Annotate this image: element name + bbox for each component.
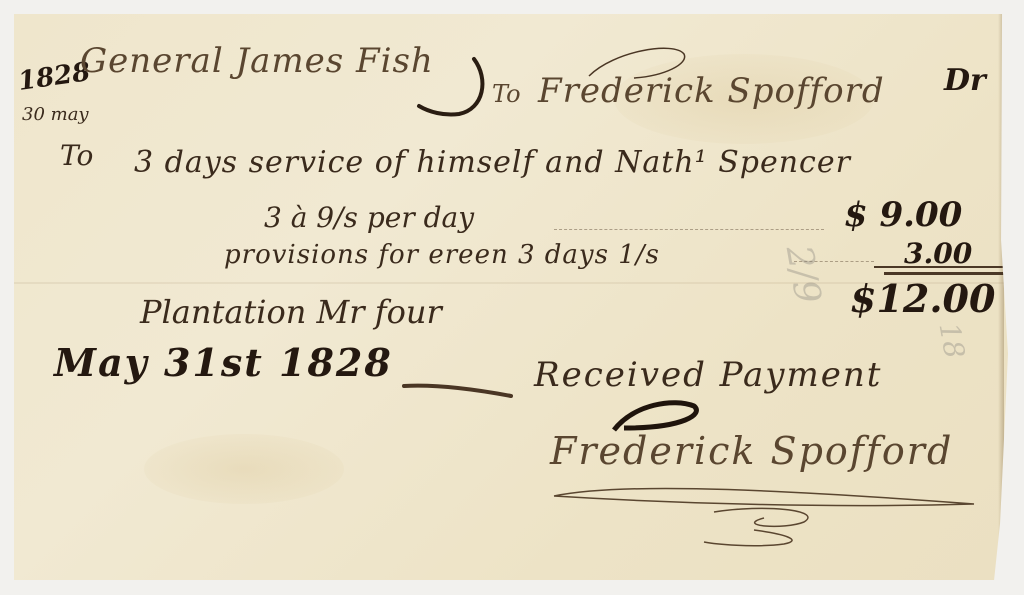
dated-line: May 31st 1828	[54, 344, 393, 382]
line-item-2-description: provisions for ereen 3 days 1/s	[224, 242, 660, 268]
line-item-1-prefix: To	[60, 142, 93, 170]
paper-edge	[998, 14, 1004, 580]
line-item-1-description: 3 days service of himself and Nath¹ Spen…	[134, 148, 851, 178]
sum-rule	[874, 266, 1004, 268]
debtor-name: General James Fish	[80, 44, 434, 78]
received-payment-note: Received Payment	[534, 358, 882, 392]
signature-loop-flourish	[604, 394, 744, 434]
paper-stain	[144, 434, 344, 504]
f-loop-flourish	[584, 36, 694, 86]
signature-underline-flourish	[534, 474, 994, 564]
line-item-1-amount: $ 9.00	[844, 198, 962, 232]
pencil-note: 2/9	[778, 242, 828, 306]
bracket-flourish	[414, 54, 494, 124]
dr-abbrev: Dr	[944, 66, 986, 96]
line-item-1-detail: 3 à 9/s per day	[264, 204, 474, 232]
sum-rule-double	[884, 272, 1004, 275]
pencil-note: 18	[932, 320, 971, 361]
receipt-paper: 1828 30 may General James Fish To Freder…	[14, 14, 1008, 580]
date-underline-flourish	[399, 374, 519, 404]
total-amount: $12.00	[850, 280, 995, 318]
signature: Frederick Spofford	[550, 432, 953, 470]
to-word: To	[492, 82, 521, 106]
location-line: Plantation Mr four	[140, 296, 442, 328]
line-item-2-amount: 3.00	[904, 240, 972, 268]
leader-dashes	[554, 229, 824, 230]
margin-date: 30 may	[22, 106, 89, 124]
